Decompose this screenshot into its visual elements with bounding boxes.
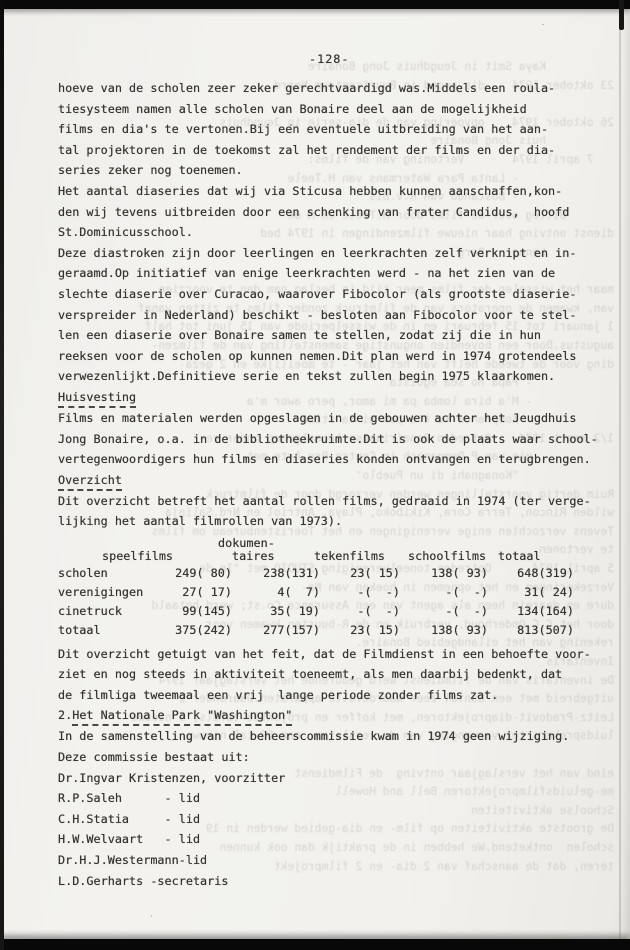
table-header-row: speelfilms dokumen- taires tekenfilms sc… [58, 537, 574, 564]
paper-speck [542, 24, 544, 25]
row-label: scholen [58, 564, 150, 583]
cell: 238(131) [232, 564, 320, 583]
heading-park-title: Het Nationale Park "Washington" [72, 706, 292, 726]
cell: -( -) [320, 583, 400, 602]
paragraph-park: In de samenstelling van de beheerscommis… [58, 726, 606, 767]
heading-huisvesting: Huisvesting [58, 387, 606, 408]
scanned-document-page: { "colors": { "paper": "#f2f1ee", "ink":… [0, 0, 630, 950]
heading-nationale-park: 2.Het Nationale Park "Washington" [58, 705, 606, 726]
cell: -( -) [320, 602, 400, 621]
cell: 23( 15) [320, 621, 400, 640]
paragraph-intro: hoeve van de scholen zeer zeker gerechtv… [58, 78, 606, 387]
row-label: cinetruck [58, 602, 150, 621]
document-content: hoeve van de scholen zeer zeker gerechtv… [58, 78, 606, 891]
cell: 375(242) [150, 621, 232, 640]
cell: 813(507) [488, 621, 574, 640]
column-header-dokumentaires: dokumen- taires [232, 537, 320, 564]
cell: 99(145) [150, 602, 232, 621]
row-label: verenigingen [58, 583, 150, 602]
cell: 249( 80) [150, 564, 232, 583]
column-header-schoolfilms: schoolfilms [400, 537, 488, 564]
paragraph-overzicht: Dit overzicht betreft het aantal rollen … [58, 491, 606, 532]
paper-speck [290, 124, 292, 126]
cell: 31( 24) [488, 583, 574, 602]
scan-edge-right-dark [619, 0, 624, 30]
heading-number: 2. [58, 708, 72, 722]
column-header-totaal: totaal [488, 537, 574, 564]
cell: 648(319) [488, 564, 574, 583]
cell: 138( 93) [400, 564, 488, 583]
cell: 4( 7) [232, 583, 320, 602]
scan-edge-left [0, 0, 4, 950]
cell: -( -) [400, 602, 488, 621]
row-label: totaal [58, 621, 150, 640]
table-row-cinetruck: cinetruck 99(145) 35( 19) -( -) -( -) 13… [58, 602, 574, 621]
heading-overzicht: Overzicht [58, 470, 606, 491]
scan-edge-top [0, 0, 630, 9]
paragraph-after-table: Dit overzicht getuigt van het feit, dat … [58, 644, 606, 706]
committee-list: Dr.Ingvar Kristenzen, voorzitter R.P.Sal… [58, 768, 606, 892]
cell: 23( 15) [320, 564, 400, 583]
table-row-scholen: scholen 249( 80) 238(131) 23( 15) 138( 9… [58, 564, 574, 583]
cell: 138( 93) [400, 621, 488, 640]
cell: -( -) [400, 583, 488, 602]
scan-edge-right-shade [621, 9, 630, 939]
film-statistics-table: speelfilms dokumen- taires tekenfilms sc… [58, 537, 574, 641]
page-number: -128- [309, 52, 350, 66]
paper-background: Kaya Smit in Jeugdhuis Jong Bonaire 23 o… [3, 8, 630, 940]
cell: 277(157) [232, 621, 320, 640]
table-row-totaal: totaal 375(242) 277(157) 23( 15) 138( 93… [58, 621, 574, 640]
paper-speck [151, 915, 152, 917]
cell: 27( 17) [150, 583, 232, 602]
scan-crease-right [619, 9, 621, 939]
column-header-tekenfilms: tekenfilms [320, 537, 400, 564]
scan-edge-bottom [0, 939, 630, 950]
cell: 134(164) [488, 602, 574, 621]
cell: 35( 19) [232, 602, 320, 621]
paragraph-huisvesting: Films en materialen werden opgeslagen in… [58, 408, 606, 470]
table-row-verenigingen: verenigingen 27( 17) 4( 7) -( -) -( -) 3… [58, 583, 574, 602]
